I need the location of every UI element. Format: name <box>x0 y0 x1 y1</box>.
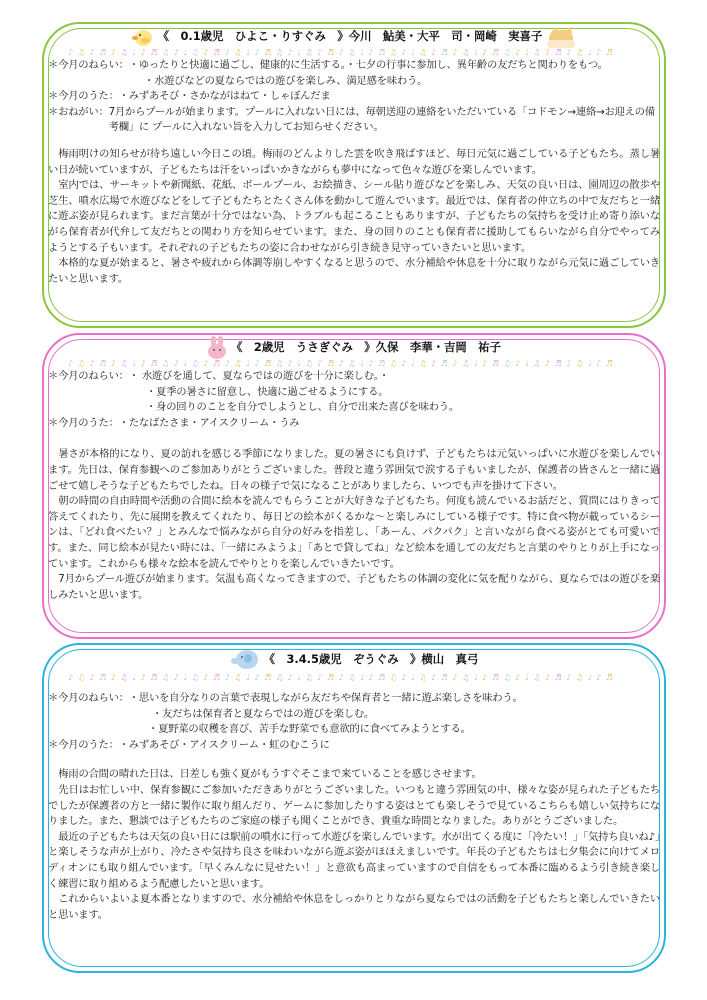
class-section-zou: 《 3.4.5歳児 ぞうぐみ 》横山 真弓 ♪ ♫ ♪ ♬ ♪ ♫ ♩ ♪ ♬ … <box>42 643 666 973</box>
aim-item: ・夏野菜の収穫を喜び、苦手な野菜でも意欲的に食べてみようとする。 <box>48 722 660 738</box>
songs-value: ・みずあそび・アイスクリーム・虹のむこうに <box>119 738 660 754</box>
paragraph: これからいよいよ夏本番となりますので、水分補給や休息をしっかりとりながら夏ならで… <box>48 892 660 923</box>
chick-icon <box>132 27 154 47</box>
class-section-hiyoko-risu: 《 0.1歳児 ひよこ・りすぐみ 》今川 鮎美・大平 司・岡崎 実喜子 ♪ ♫ … <box>42 22 666 328</box>
paragraph: 梅雨明けの知らせが待ち遠しい今日この頃。梅雨のどんよりした雲を吹き飛ばすほど、毎… <box>48 147 660 178</box>
aim-item: ・夏季の暑さに留意し、快適に過ごせるようにする。 <box>48 385 660 401</box>
paragraph: 梅雨の合間の晴れた日は、日差しも強く夏がもうすぐそこまで来ていることを感じさせま… <box>48 767 660 783</box>
paragraph: 先日はお忙しい中、保育参観にご参加いただきありがとうございました。いつもと違う雰… <box>48 783 660 830</box>
aims-row: ＊今月のねらい： ・思いを自分なりの言葉で表現しながら友だちや保育者と一緒に遊ぶ… <box>48 691 660 707</box>
aims-row: ＊今月のねらい： ・ 水遊びを通して、夏ならではの遊びを十分に楽しむ。・ <box>48 369 660 385</box>
paragraph: 暑さが本格的になり、夏の訪れを感じる季節になりました。夏の暑さにも負けず、子ども… <box>48 447 660 494</box>
aim-item: ・ 水遊びを通して、夏ならではの遊びを十分に楽しむ。・ <box>129 369 660 385</box>
paragraph: 7月からプール遊びが始まります。気温も高くなってきますので、子どもたちの体調の変… <box>48 572 660 603</box>
section-content: 《 0.1歳児 ひよこ・りすぐみ 》今川 鮎美・大平 司・岡崎 実喜子 ♪ ♫ … <box>48 24 660 287</box>
songs-label: ＊今月のうた： <box>48 89 119 105</box>
section-title: 《 2歳児 うさぎぐみ 》久保 李華・吉岡 祐子 <box>231 340 501 356</box>
paragraph: 本格的な夏が始まると、暑さや疲れから体調等崩しやすくなると思うので、水分補給や休… <box>48 256 660 287</box>
section-title: 《 0.1歳児 ひよこ・りすぐみ 》今川 鮎美・大平 司・岡崎 実喜子 <box>158 29 543 45</box>
aims-label: ＊今月のねらい： <box>48 691 129 707</box>
songs-row: ＊今月のうた： ・みずあそび・アイスクリーム・虹のむこうに <box>48 738 660 754</box>
songs-value: ・たなばたさま・アイスクリーム・うみ <box>119 416 660 432</box>
request-row: ＊おねがい： 7月からプールが始まります。プールに入れない日には、毎朝送迎の連絡… <box>48 105 660 136</box>
music-notes-decoration: ♪ ♫ ♪ ♬ ♪ ♫ ♩ ♪ ♬ ♫ ♪ ♩ ♫ ♪ ♬ ♪ ♫ ♩ ♪ ♬ … <box>68 359 640 369</box>
songs-label: ＊今月のうた： <box>48 738 119 754</box>
songs-label: ＊今月のうた： <box>48 416 119 432</box>
aim-item: ・友だちは保育者と夏ならではの遊びを楽しむ。 <box>48 707 660 723</box>
aim-item: ・ゆったりと快適に過ごし、健康的に生活する。・七夕の行事に参加し、異年齢の友だち… <box>129 58 660 74</box>
section-content: 《 2歳児 うさぎぐみ 》久保 李華・吉岡 祐子 ♪ ♫ ♪ ♬ ♪ ♫ ♩ ♪… <box>48 335 660 603</box>
music-notes-decoration: ♪ ♫ ♪ ♬ ♪ ♫ ♩ ♪ ♬ ♫ ♪ ♩ ♫ ♪ ♬ ♪ ♫ ♩ ♪ ♬ … <box>68 48 640 58</box>
songs-value: ・みずあそび・さかながはねて・しゃぼんだま <box>119 89 660 105</box>
request-value: 7月からプールが始まります。プールに入れない日には、毎朝送迎の連絡をいただいてい… <box>109 105 660 136</box>
section-header: 《 3.4.5歳児 ぞうぐみ 》横山 真弓 <box>48 645 660 675</box>
request-label: ＊おねがい： <box>48 105 109 136</box>
music-notes-decoration: ♪ ♫ ♪ ♬ ♪ ♫ ♩ ♪ ♬ ♫ ♪ ♩ ♫ ♪ ♬ ♪ ♫ ♩ ♪ ♬ … <box>68 673 640 683</box>
section-title: 《 3.4.5歳児 ぞうぐみ 》横山 真弓 <box>264 652 479 668</box>
section-header: 《 2歳児 うさぎぐみ 》久保 李華・吉岡 祐子 <box>48 335 660 361</box>
paragraph: 室内では、サーキットや新聞紙、花紙、ボールプール、お絵描き、シール貼り遊びなどを… <box>48 178 660 256</box>
aims-row: ＊今月のねらい： ・ゆったりと快適に過ごし、健康的に生活する。・七夕の行事に参加… <box>48 58 660 74</box>
paragraph: 最近の子どもたちは天気の良い日には駅前の噴水に行って水遊びを楽しんでいます。水が… <box>48 830 660 892</box>
elephant-icon <box>230 648 260 672</box>
paragraph: 朝の時間の自由時間や活動の合間に絵本を読んでもらうことが大好きな子どもたち。何度… <box>48 494 660 572</box>
cat-icon <box>546 26 576 48</box>
section-header: 《 0.1歳児 ひよこ・りすぐみ 》今川 鮎美・大平 司・岡崎 実喜子 <box>48 24 660 50</box>
aims-label: ＊今月のねらい： <box>48 369 129 385</box>
rabbit-icon <box>207 336 227 360</box>
aim-item: ・思いを自分なりの言葉で表現しながら友だちや保育者と一緒に遊ぶ楽しさを味わう。 <box>129 691 660 707</box>
class-section-usagi: 《 2歳児 うさぎぐみ 》久保 李華・吉岡 祐子 ♪ ♫ ♪ ♬ ♪ ♫ ♩ ♪… <box>42 333 666 639</box>
aim-item: ・身の回りのことを自分でしようとし、自分で出来た喜びを味わう。 <box>48 400 660 416</box>
songs-row: ＊今月のうた： ・たなばたさま・アイスクリーム・うみ <box>48 416 660 432</box>
section-content: 《 3.4.5歳児 ぞうぐみ 》横山 真弓 ♪ ♫ ♪ ♬ ♪ ♫ ♩ ♪ ♬ … <box>48 645 660 923</box>
songs-row: ＊今月のうた： ・みずあそび・さかながはねて・しゃぼんだま <box>48 89 660 105</box>
aim-item: ・水遊びなどの夏ならではの遊びを楽しみ、満足感を味わう。 <box>48 74 660 90</box>
aims-label: ＊今月のねらい： <box>48 58 129 74</box>
